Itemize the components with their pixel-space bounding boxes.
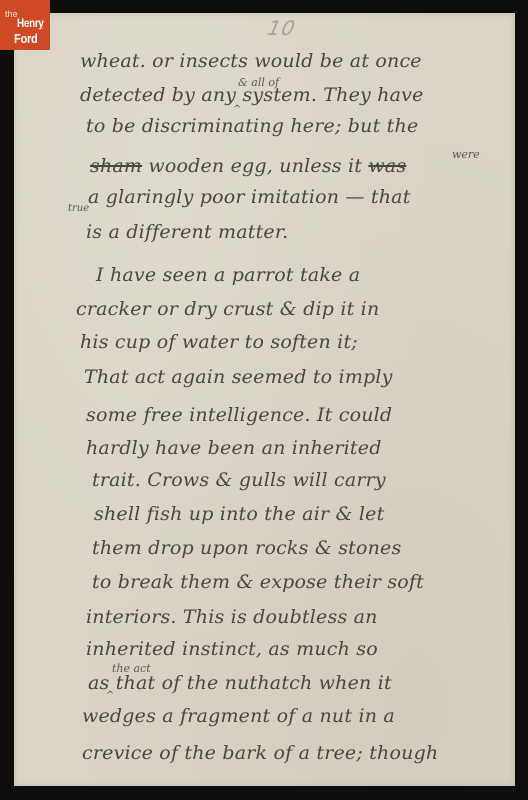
struck-word: sham: [90, 155, 142, 177]
logo-ford: Ford: [14, 31, 38, 46]
manuscript-line: a glaringly poor imitation — that: [88, 186, 411, 208]
manuscript-line: crevice of the bark of a tree; though: [82, 742, 438, 764]
manuscript-line: to be discriminating here; but the: [86, 115, 418, 137]
caret-mark: ^: [233, 104, 241, 115]
manuscript-line: wheat. or insects would be at once: [80, 50, 422, 72]
manuscript-line: That act again seemed to imply: [84, 366, 393, 388]
manuscript-line: cracker or dry crust & dip it in: [76, 298, 379, 320]
page-number: 10: [265, 16, 298, 40]
manuscript-line: inherited instinct, as much so: [86, 638, 378, 660]
logo-henry: Henry: [17, 16, 44, 30]
caret-mark: ^: [106, 690, 114, 701]
henry-ford-logo: the Henry Ford: [0, 0, 50, 50]
manuscript-line: as that of the nuthatch when it: [88, 672, 392, 694]
manuscript-line: to break them & expose their soft: [92, 571, 424, 593]
insertion-were: were: [452, 148, 480, 161]
logo-the: the: [5, 9, 18, 19]
manuscript-line: sham wooden egg, unless it was: [90, 155, 406, 177]
struck-word: was: [368, 155, 406, 177]
margin-note: true: [68, 203, 89, 214]
manuscript-line: interiors. This is doubtless an: [86, 606, 378, 628]
manuscript-line: I have seen a parrot take a: [96, 264, 360, 286]
manuscript-line: trait. Crows & gulls will carry: [92, 469, 386, 491]
manuscript-line: hardly have been an inherited: [86, 437, 382, 459]
manuscript-line: detected by any system. They have: [80, 84, 424, 106]
manuscript-line: is a different matter.: [86, 221, 288, 243]
manuscript-line: shell fish up into the air & let: [94, 503, 384, 525]
line-text: wooden egg, unless it: [142, 155, 368, 177]
manuscript-line: wedges a fragment of a nut in a: [82, 705, 395, 727]
manuscript-line: some free intelligence. It could: [86, 404, 392, 426]
manuscript-line: his cup of water to soften it;: [80, 331, 358, 353]
manuscript-line: them drop upon rocks & stones: [92, 537, 401, 559]
